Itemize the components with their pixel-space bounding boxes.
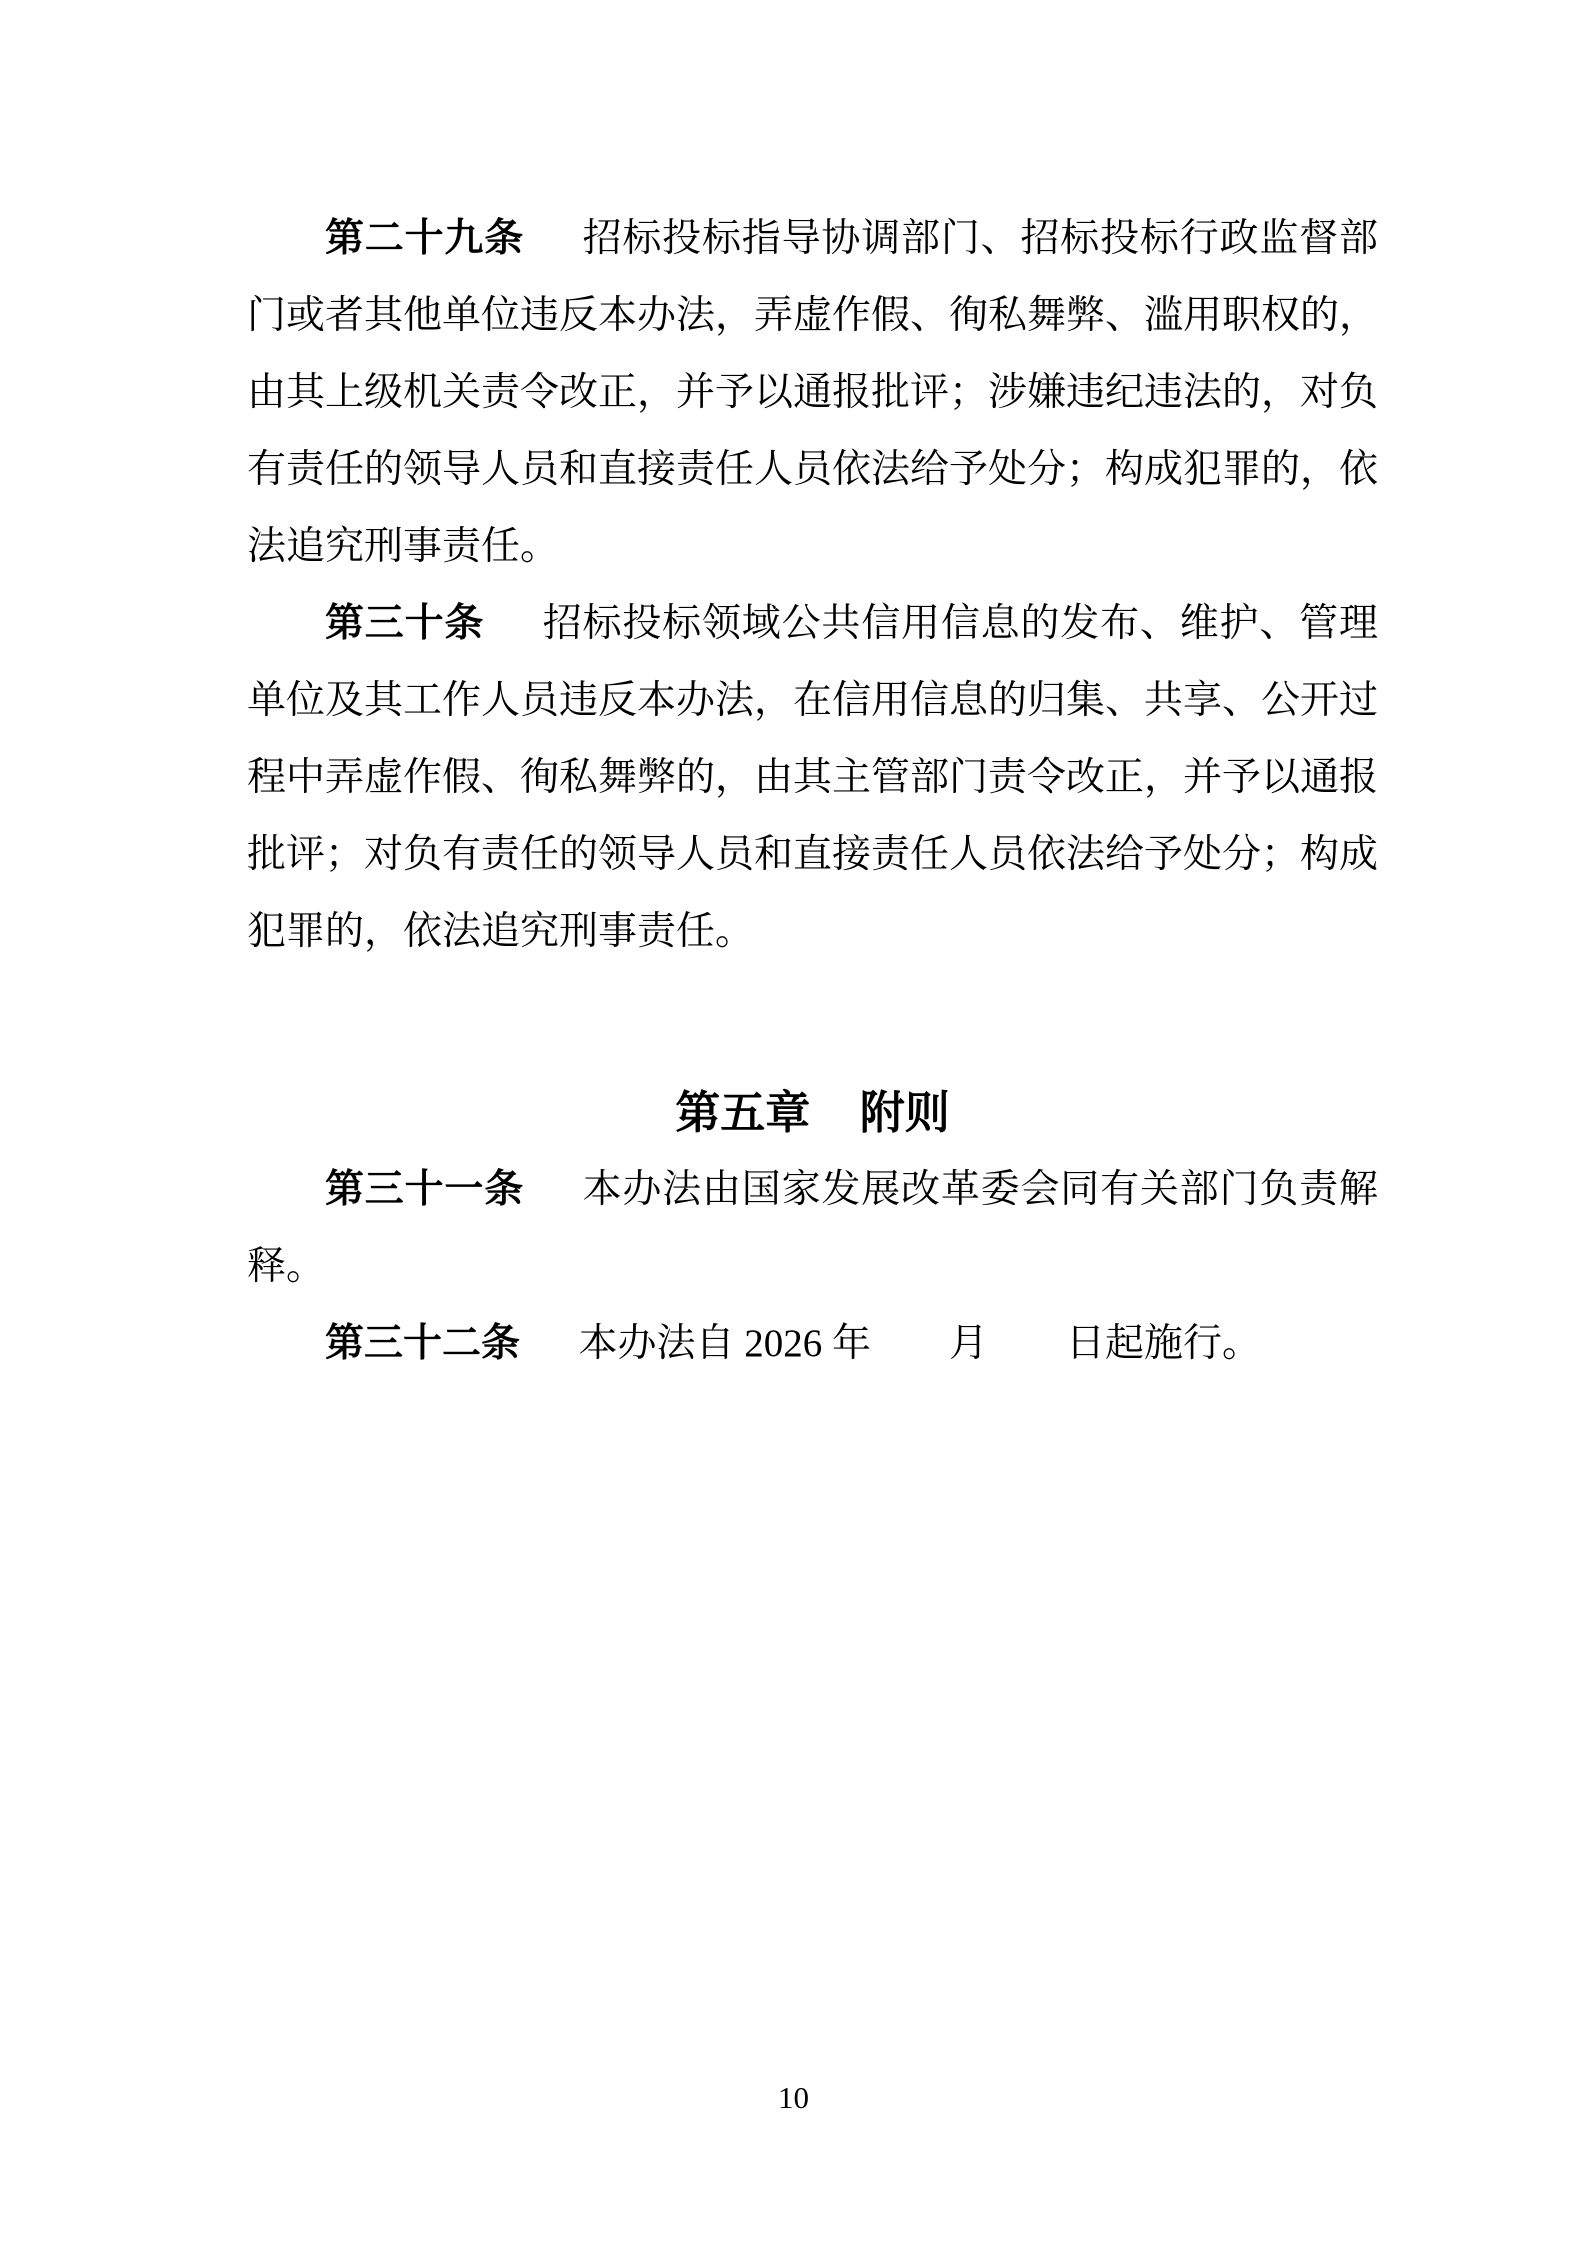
document-page: 第二十九条招标投标指导协调部门、招标投标行政监督部门或者其他单位违反本办法，弄虚… [0, 0, 1587, 2245]
article-29-text: 招标投标指导协调部门、招标投标行政监督部门或者其他单位违反本办法，弄虚作假、徇私… [247, 217, 1378, 568]
document-content: 第二十九条招标投标指导协调部门、招标投标行政监督部门或者其他单位违反本办法，弄虚… [247, 200, 1378, 1382]
article-32-text: 本办法自 2026 年 月 日起施行。 [579, 1322, 1262, 1365]
article-31-paragraph: 第三十一条本办法由国家发展改革委会同有关部门负责解释。 [247, 1151, 1378, 1305]
article-32-paragraph: 第三十二条本办法自 2026 年 月 日起施行。 [247, 1305, 1378, 1382]
chapter-heading: 第五章附则 [247, 1074, 1378, 1151]
article-29-number: 第二十九条 [325, 217, 524, 260]
page-number: 10 [0, 2078, 1587, 2118]
article-30-paragraph: 第三十条招标投标领域公共信用信息的发布、维护、管理单位及其工作人员违反本办法，在… [247, 585, 1378, 970]
article-30-number: 第三十条 [325, 602, 484, 645]
article-29-paragraph: 第二十九条招标投标指导协调部门、招标投标行政监督部门或者其他单位违反本办法，弄虚… [247, 200, 1378, 585]
article-30-text: 招标投标领域公共信用信息的发布、维护、管理单位及其工作人员违反本办法，在信用信息… [247, 602, 1378, 953]
article-31-number: 第三十一条 [325, 1168, 524, 1211]
chapter-title: 附则 [860, 1087, 950, 1138]
article-32-number: 第三十二条 [325, 1322, 520, 1365]
chapter-label: 第五章 [675, 1087, 810, 1138]
